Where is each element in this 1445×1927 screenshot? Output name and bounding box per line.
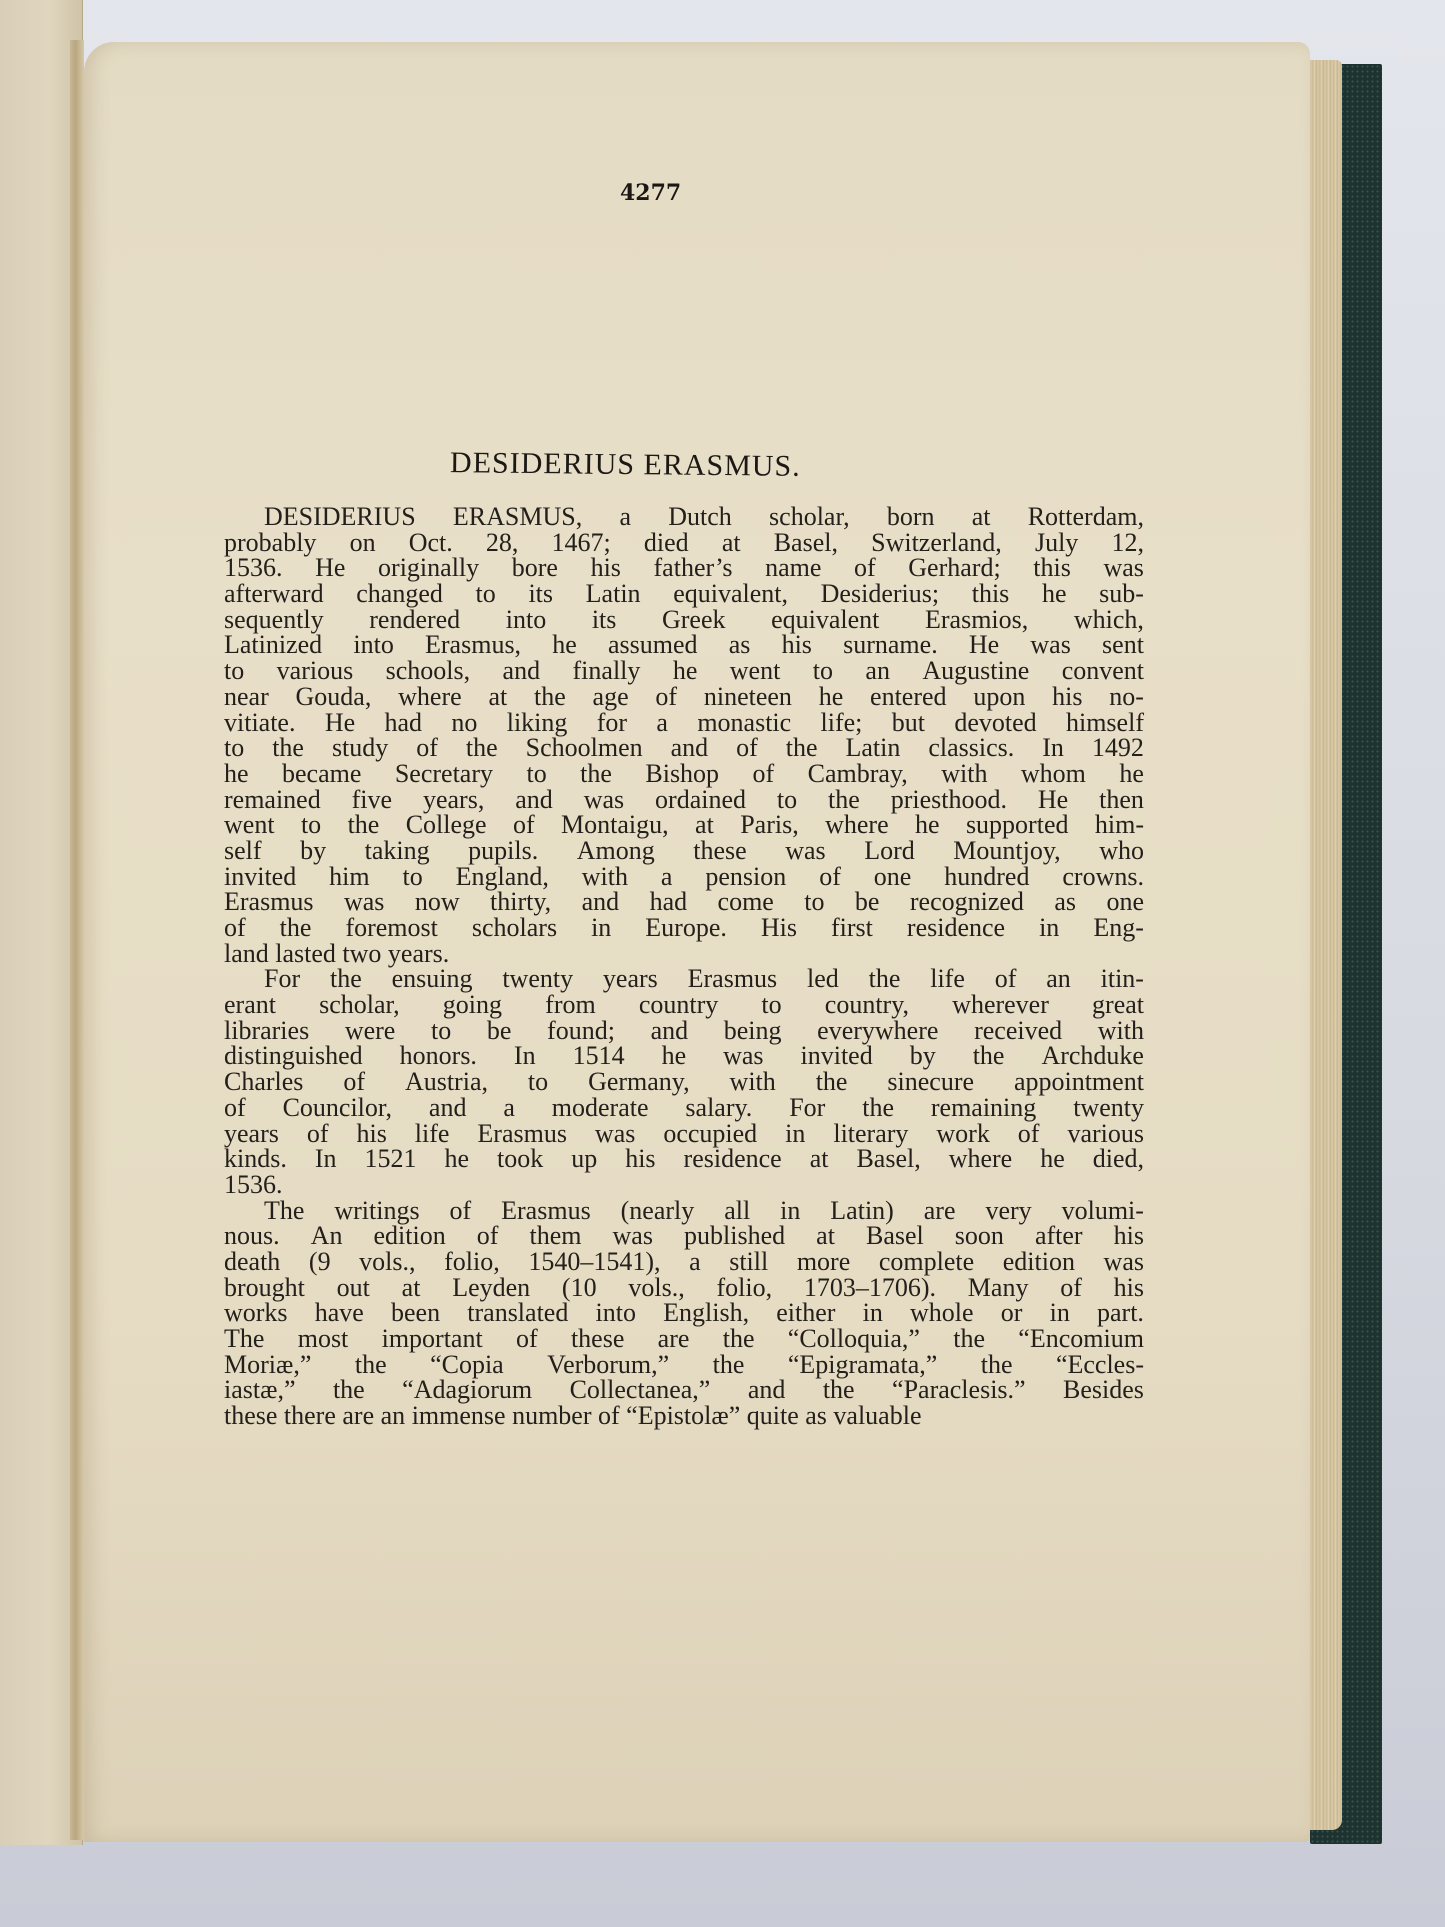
text-line: ofCouncilor,andamoderatesalary.Fortherem… — [224, 1095, 1144, 1121]
text-line: nearGouda,whereattheageofnineteenheenter… — [224, 684, 1144, 710]
paragraph: ThewritingsofErasmus(nearlyallinLatin)ar… — [224, 1198, 1144, 1429]
text-line: tovariousschools,andfinallyhewenttoanAug… — [224, 658, 1144, 684]
text-line: invitedhimtoEngland,withapensionofonehun… — [224, 864, 1144, 890]
text-line: ThewritingsofErasmus(nearlyallinLatin)ar… — [224, 1198, 1144, 1224]
text-line: 1536. — [224, 1172, 1144, 1198]
book-page: 4277 DESIDERIUS ERASMUS. DESIDERIUSERASM… — [84, 42, 1310, 1842]
text-line: death(9vols.,folio,1540–1541),astillmore… — [224, 1249, 1144, 1275]
text-line: oftheforemostscholarsinEurope.Hisfirstre… — [224, 915, 1144, 941]
text-line: remainedfiveyears,andwasordainedtothepri… — [224, 787, 1144, 813]
text-line: DESIDERIUSERASMUS,aDutchscholar,bornatRo… — [224, 504, 1144, 530]
text-line: Moriæ,”the“CopiaVerborum,”the“Epigramata… — [224, 1352, 1144, 1378]
text-line: these there are an immense number of “Ep… — [224, 1403, 1144, 1429]
text-line: tothestudyoftheSchoolmenandoftheLatincla… — [224, 735, 1144, 761]
text-line: yearsofhislifeErasmuswasoccupiedinlitera… — [224, 1121, 1144, 1147]
article-title: DESIDERIUS ERASMUS. — [450, 446, 801, 484]
text-line: nous.AneditionofthemwaspublishedatBasels… — [224, 1223, 1144, 1249]
body-text: DESIDERIUSERASMUS,aDutchscholar,bornatRo… — [224, 504, 1144, 1429]
text-line: sequentlyrenderedintoitsGreekequivalentE… — [224, 607, 1144, 633]
text-line: 1536.Heoriginallyborehisfather’snameofGe… — [224, 555, 1144, 581]
text-line: LatinizedintoErasmus,heassumedashissurna… — [224, 632, 1144, 658]
paragraph: DESIDERIUSERASMUS,aDutchscholar,bornatRo… — [224, 504, 1144, 966]
text-line: selfbytakingpupils.AmongthesewasLordMoun… — [224, 838, 1144, 864]
book-gutter — [70, 40, 84, 1840]
text-line: Erasmuswasnowthirty,andhadcometoberecogn… — [224, 889, 1144, 915]
paragraph: FortheensuingtwentyyearsErasmusledthelif… — [224, 966, 1144, 1197]
text-line: broughtoutatLeyden(10vols.,folio,1703–17… — [224, 1275, 1144, 1301]
text-line: vitiate.Hehadnolikingforamonasticlife;bu… — [224, 710, 1144, 736]
text-line: afterwardchangedtoitsLatinequivalent,Des… — [224, 581, 1144, 607]
text-line: land lasted two years. — [224, 941, 1144, 967]
page-number: 4277 — [620, 180, 681, 206]
text-line: CharlesofAustria,toGermany,withthesinecu… — [224, 1069, 1144, 1095]
text-line: probablyonOct.28,1467;diedatBasel,Switze… — [224, 530, 1144, 556]
text-line: iastæ,”the“AdagiorumCollectanea,”andthe“… — [224, 1377, 1144, 1403]
text-line: erantscholar,goingfromcountrytocountry,w… — [224, 992, 1144, 1018]
text-line: kinds.In1521hetookuphisresidenceatBasel,… — [224, 1146, 1144, 1172]
text-line: hebecameSecretarytotheBishopofCambray,wi… — [224, 761, 1144, 787]
text-line: FortheensuingtwentyyearsErasmusledthelif… — [224, 966, 1144, 992]
text-line: wenttotheCollegeofMontaigu,atParis,where… — [224, 812, 1144, 838]
text-line: librariesweretobefound;andbeingeverywher… — [224, 1018, 1144, 1044]
text-line: workshavebeentranslatedintoEnglish,eithe… — [224, 1300, 1144, 1326]
text-line: distinguishedhonors.In1514hewasinvitedby… — [224, 1043, 1144, 1069]
text-line: Themostimportantofthesearethe“Colloquia,… — [224, 1326, 1144, 1352]
